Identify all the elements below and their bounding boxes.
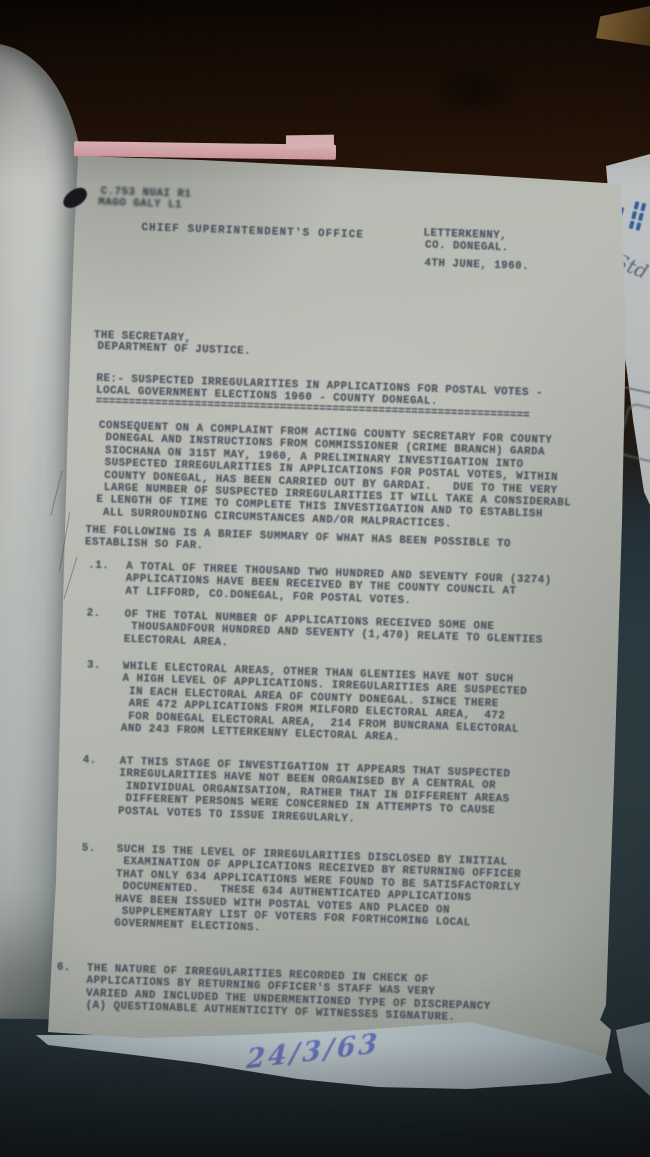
photo-scene: Std 24/3/63 C.753 NUAI R1 MAGO GALY L1 C… — [0, 0, 650, 1157]
item-number: 6. — [57, 962, 71, 975]
office-line: CHIEF SUPERINTENDENT'S OFFICE — [141, 222, 364, 242]
item-number: 5. — [82, 843, 96, 856]
date-line: 4TH JUNE, 1960. — [424, 258, 529, 274]
item-number: .1. — [88, 560, 109, 573]
item-text: THE NATURE OF IRREGULARITIES RECORDED IN… — [85, 963, 576, 1029]
item-number: 3. — [87, 660, 101, 673]
ref-stamp-line2: MAGO GALY L1 — [98, 198, 182, 212]
item-text: SUCH IS THE LEVEL OF IRREGULARITIES DISC… — [114, 844, 592, 947]
item-text: WHILE ELECTORAL AREAS, OTHER THAN GLENTI… — [121, 661, 598, 751]
item-number: 2. — [86, 608, 100, 621]
item-number: 4. — [83, 754, 97, 767]
item-text: A TOTAL OF THREE THOUSAND TWO HUNDRED AN… — [125, 561, 601, 614]
item-text: AT THIS STAGE OF INVESTIGATION IT APPEAR… — [118, 756, 595, 834]
opening-paragraph: CONSEQUENT ON A COMPLAINT FROM ACTING CO… — [96, 420, 599, 536]
document-text-layer: C.753 NUAI R1 MAGO GALY L1 CHIEF SUPERIN… — [48, 150, 623, 1068]
pink-paper-tab — [286, 135, 334, 149]
place-line2: CO. DONEGAL. — [425, 240, 509, 255]
desk-shadow-spot — [430, 60, 520, 120]
item-text: OF THE TOTAL NUMBER OF APPLICATIONS RECE… — [124, 609, 600, 662]
recipient-line2: DEPARTMENT OF JUSTICE. — [97, 341, 251, 358]
